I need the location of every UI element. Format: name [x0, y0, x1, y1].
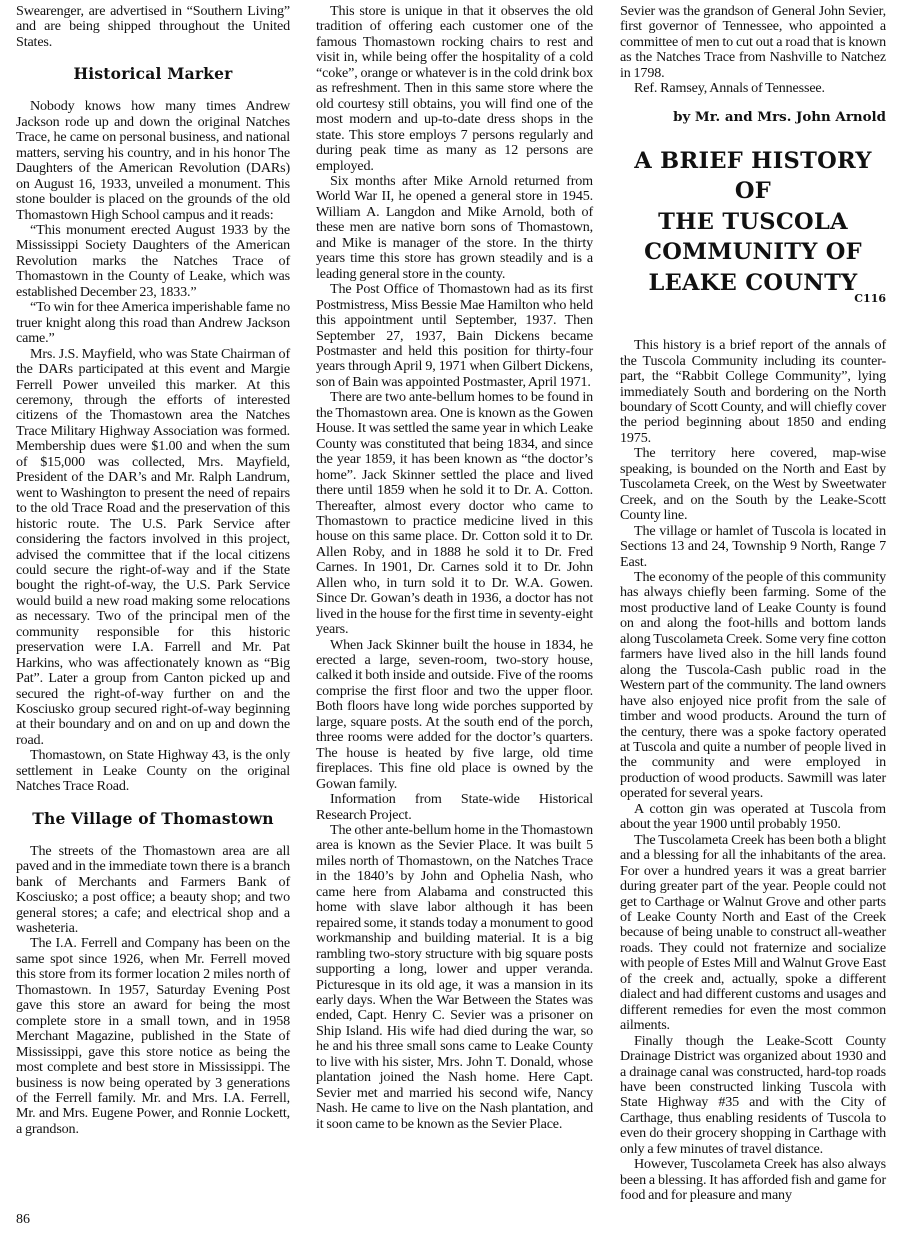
heading-historical-marker: Historical Marker: [16, 64, 290, 83]
paragraph: The territory here covered, map-wise spe…: [620, 446, 886, 523]
paragraph: The other ante-bellum home in the Thomas…: [316, 823, 593, 1132]
heading-village-of-thomastown: The Village of Thomastown: [16, 809, 290, 828]
title-line: LEAKE COUNTY: [620, 268, 886, 299]
paragraph: The village or hamlet of Tuscola is loca…: [620, 524, 886, 570]
column-middle: This store is unique in that it observes…: [316, 4, 593, 1132]
paragraph: The streets of the Thomastown area are a…: [16, 844, 290, 937]
article-title: A BRIEF HISTORY OF THE TUSCOLA COMMUNITY…: [620, 146, 886, 299]
paragraph: The I.A. Ferrell and Company has been on…: [16, 936, 290, 1137]
paragraph: Mrs. J.S. Mayfield, who was State Chairm…: [16, 347, 290, 749]
column-left: Swearenger, are advertised in “Southern …: [16, 4, 290, 1137]
paragraph: However, Tuscolameta Creek has also alwa…: [620, 1157, 886, 1203]
author-byline: by Mr. and Mrs. John Arnold: [620, 109, 886, 125]
page-number: 86: [16, 1212, 30, 1228]
paragraph: The economy of the people of this commun…: [620, 570, 886, 802]
paragraph: Six months after Mike Arnold returned fr…: [316, 174, 593, 282]
monument-quote: “To win for thee America imperishable fa…: [16, 300, 290, 346]
paragraph: This history is a brief report of the an…: [620, 338, 886, 446]
paragraph: Thomastown, on State Highway 43, is the …: [16, 748, 290, 794]
paragraph-continued: Sevier was the grandson of General John …: [620, 4, 886, 81]
paragraph: The Tuscolameta Creek has been both a bl…: [620, 833, 886, 1034]
paragraph: This store is unique in that it observes…: [316, 4, 593, 174]
paragraph: A cotton gin was operated at Tuscola fro…: [620, 802, 886, 833]
paragraph-continued: Swearenger, are advertised in “Southern …: [16, 4, 290, 50]
paragraph: When Jack Skinner built the house in 183…: [316, 638, 593, 793]
reference-note: Ref. Ramsey, Annals of Tennessee.: [620, 81, 886, 96]
column-right: Sevier was the grandson of General John …: [620, 4, 886, 1204]
source-note: Information from State-wide Historical R…: [316, 792, 593, 823]
paragraph: Nobody knows how many times Andrew Jacks…: [16, 99, 290, 223]
spacer: [620, 305, 886, 338]
title-line: A BRIEF HISTORY OF: [620, 146, 886, 207]
book-page: Swearenger, are advertised in “Southern …: [0, 0, 900, 1240]
paragraph: There are two ante-bellum homes to be fo…: [316, 390, 593, 637]
paragraph: Finally though the Leake-Scott County Dr…: [620, 1034, 886, 1158]
title-line: COMMUNITY OF: [620, 237, 886, 268]
monument-inscription: “This monument erected August 1933 by th…: [16, 223, 290, 300]
paragraph: The Post Office of Thomastown had as its…: [316, 282, 593, 390]
title-line: THE TUSCOLA: [620, 207, 886, 238]
